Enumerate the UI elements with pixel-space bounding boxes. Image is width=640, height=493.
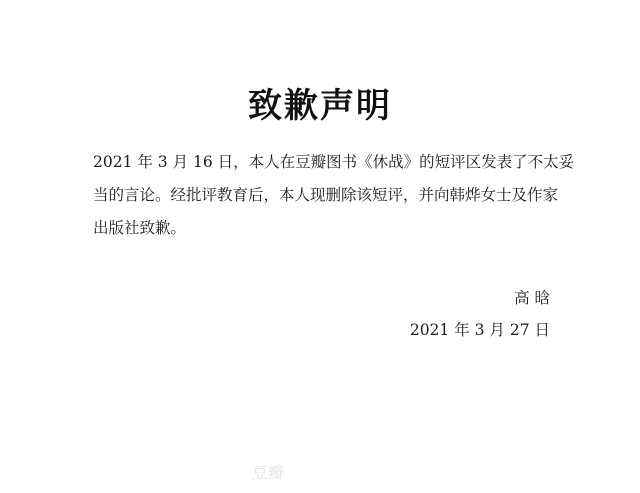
body-line: 2021 年 3 月 16 日，本人在豆瓣图书《休战》的短评区发表了不太妥 xyxy=(93,146,563,179)
douban-watermark: 豆瓣 xyxy=(252,460,284,483)
document-title: 致歉声明 xyxy=(0,78,640,127)
signature: 高 晗 xyxy=(514,286,550,308)
signature-date: 2021 年 3 月 27 日 xyxy=(410,318,550,340)
document-body: 2021 年 3 月 16 日，本人在豆瓣图书《休战》的短评区发表了不太妥 当的… xyxy=(93,146,563,245)
body-line: 出版社致歉。 xyxy=(93,212,563,245)
body-line: 当的言论。经批评教育后，本人现删除该短评，并向韩烨女士及作家 xyxy=(93,179,563,212)
